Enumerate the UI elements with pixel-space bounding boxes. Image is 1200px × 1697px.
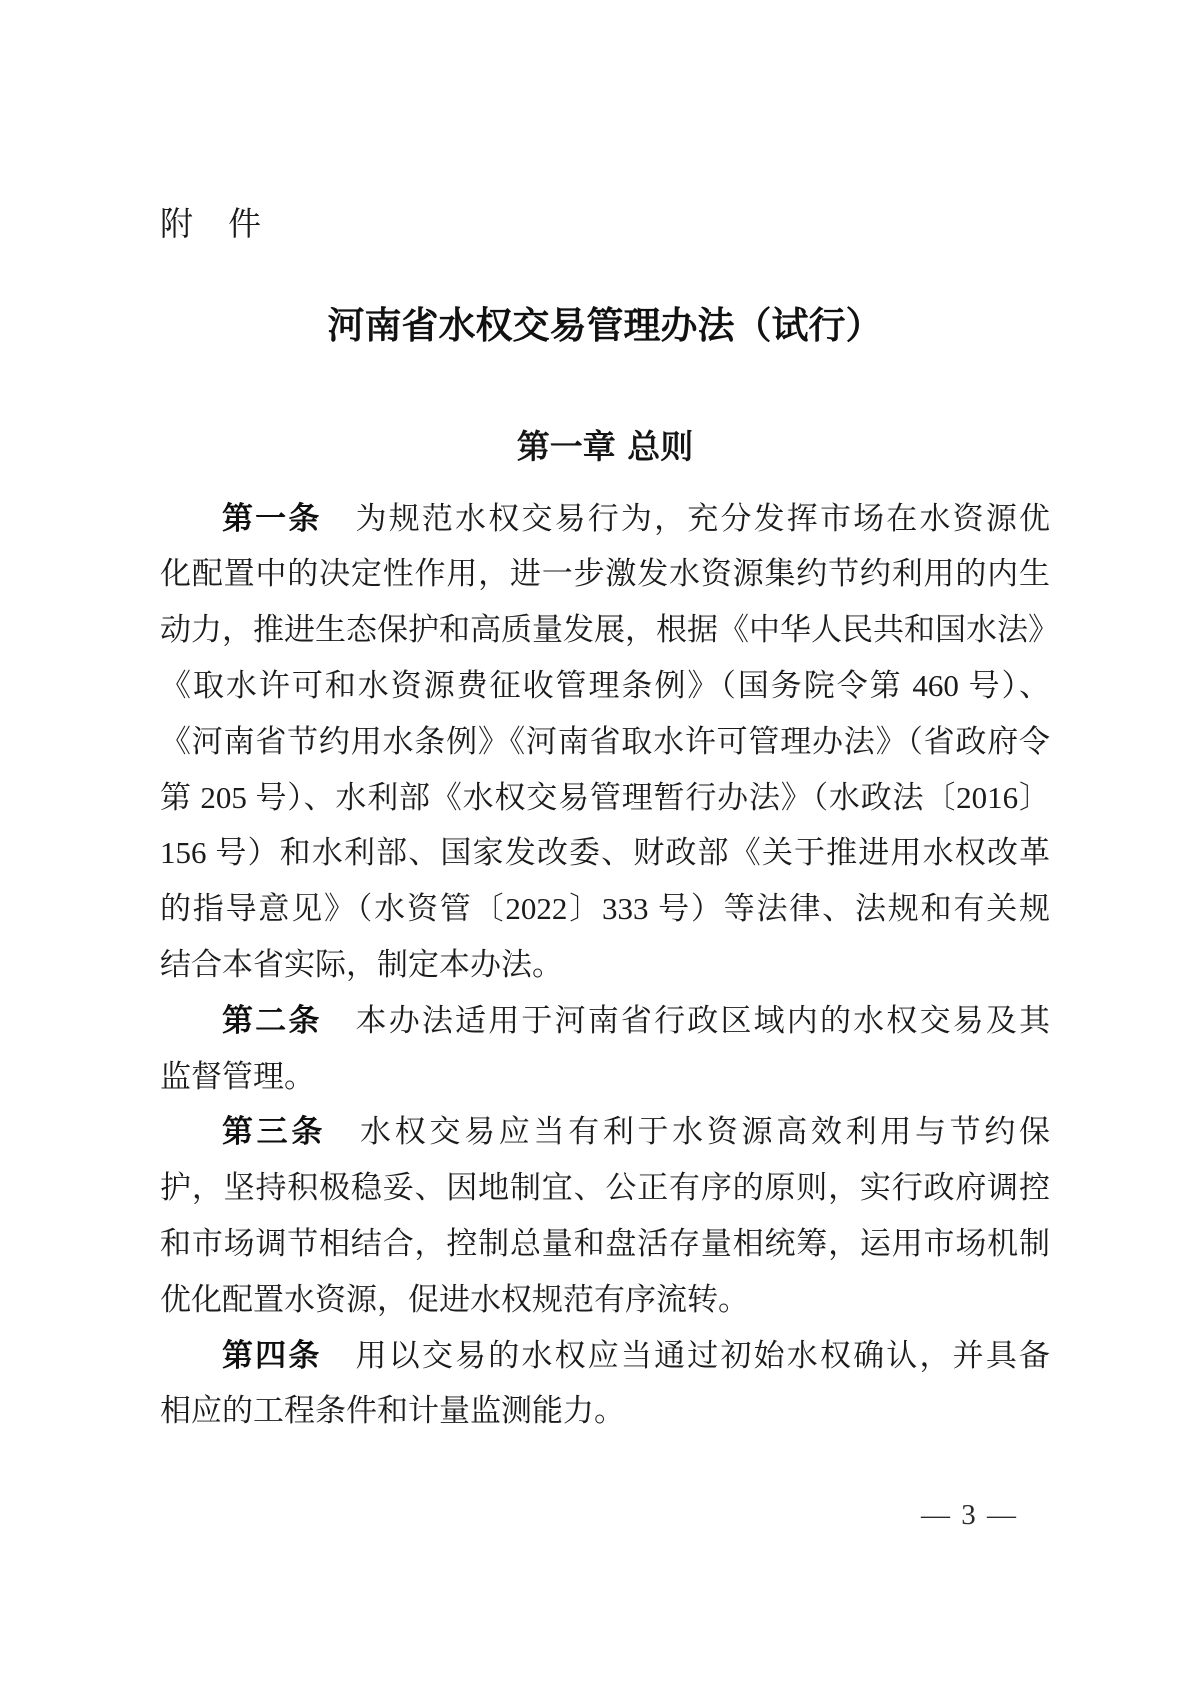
article-4-first-line: 第四条用以交易的水权应当通过初始水权确认，并具备 bbox=[160, 1328, 1050, 1384]
attachment-label: 附 件 bbox=[160, 206, 1050, 242]
article-line: 《取水许可和水资源费征收管理条例》（国务院令第 460 号）、 bbox=[160, 658, 1050, 714]
article-line: 优化配置水资源，促进水权规范有序流转。 bbox=[160, 1272, 1050, 1328]
article-2-opening: 本办法适用于河南省行政区域内的水权交易及其 bbox=[356, 1003, 1050, 1038]
article-line: 和市场调节相结合，控制总量和盘活存量相统筹，运用市场机制 bbox=[160, 1216, 1050, 1272]
article-1: 第一条为规范水权交易行为，充分发挥市场在水资源优 化配置中的决定性作用，进一步激… bbox=[160, 491, 1050, 993]
chapter-heading: 第一章 总则 bbox=[160, 430, 1050, 463]
article-line: 相应的工程条件和计量监测能力。 bbox=[160, 1383, 1050, 1439]
document-page: 附 件 河南省水权交易管理办法（试行） 第一章 总则 第一条为规范水权交易行为，… bbox=[0, 0, 1200, 1697]
article-3: 第三条水权交易应当有利于水资源高效利用与节约保 护，坚持积极稳妥、因地制宜、公正… bbox=[160, 1104, 1050, 1327]
article-1-first-line: 第一条为规范水权交易行为，充分发挥市场在水资源优 bbox=[160, 491, 1050, 547]
page-number: — 3 — bbox=[160, 1501, 1050, 1530]
article-3-label: 第三条 bbox=[222, 1114, 326, 1150]
article-1-opening: 为规范水权交易行为，充分发挥市场在水资源优 bbox=[356, 501, 1050, 536]
article-line: 动力，推进生态保护和高质量发展，根据《中华人民共和国水法》 bbox=[160, 602, 1050, 658]
article-1-label: 第一条 bbox=[222, 501, 322, 537]
article-line: 化配置中的决定性作用，进一步激发水资源集约节约利用的内生 bbox=[160, 546, 1050, 602]
article-line: 监督管理。 bbox=[160, 1049, 1050, 1105]
article-line: 第 205 号）、水利部《水权交易管理暂行办法》（水政法〔2016〕 bbox=[160, 770, 1050, 826]
article-line: 的指导意见》（水资管〔2022〕333 号）等法律、法规和有关规定， bbox=[160, 881, 1050, 937]
article-4-opening: 用以交易的水权应当通过初始水权确认，并具备 bbox=[356, 1338, 1050, 1373]
article-2: 第二条本办法适用于河南省行政区域内的水权交易及其 监督管理。 bbox=[160, 993, 1050, 1105]
article-4-label: 第四条 bbox=[222, 1338, 322, 1374]
document-body: 第一条为规范水权交易行为，充分发挥市场在水资源优 化配置中的决定性作用，进一步激… bbox=[160, 491, 1050, 1440]
article-3-first-line: 第三条水权交易应当有利于水资源高效利用与节约保 bbox=[160, 1104, 1050, 1160]
document-title: 河南省水权交易管理办法（试行） bbox=[160, 308, 1050, 345]
article-2-label: 第二条 bbox=[222, 1003, 322, 1039]
article-line: 结合本省实际，制定本办法。 bbox=[160, 937, 1050, 993]
article-4: 第四条用以交易的水权应当通过初始水权确认，并具备 相应的工程条件和计量监测能力。 bbox=[160, 1328, 1050, 1440]
article-3-opening: 水权交易应当有利于水资源高效利用与节约保 bbox=[360, 1114, 1050, 1149]
article-line: 156 号）和水利部、国家发改委、财政部《关于推进用水权改革 bbox=[160, 825, 1050, 881]
article-line: 护，坚持积极稳妥、因地制宜、公正有序的原则，实行政府调控 bbox=[160, 1160, 1050, 1216]
article-line: 《河南省节约用水条例》《河南省取水许可管理办法》（省政府令 bbox=[160, 714, 1050, 770]
article-2-first-line: 第二条本办法适用于河南省行政区域内的水权交易及其 bbox=[160, 993, 1050, 1049]
